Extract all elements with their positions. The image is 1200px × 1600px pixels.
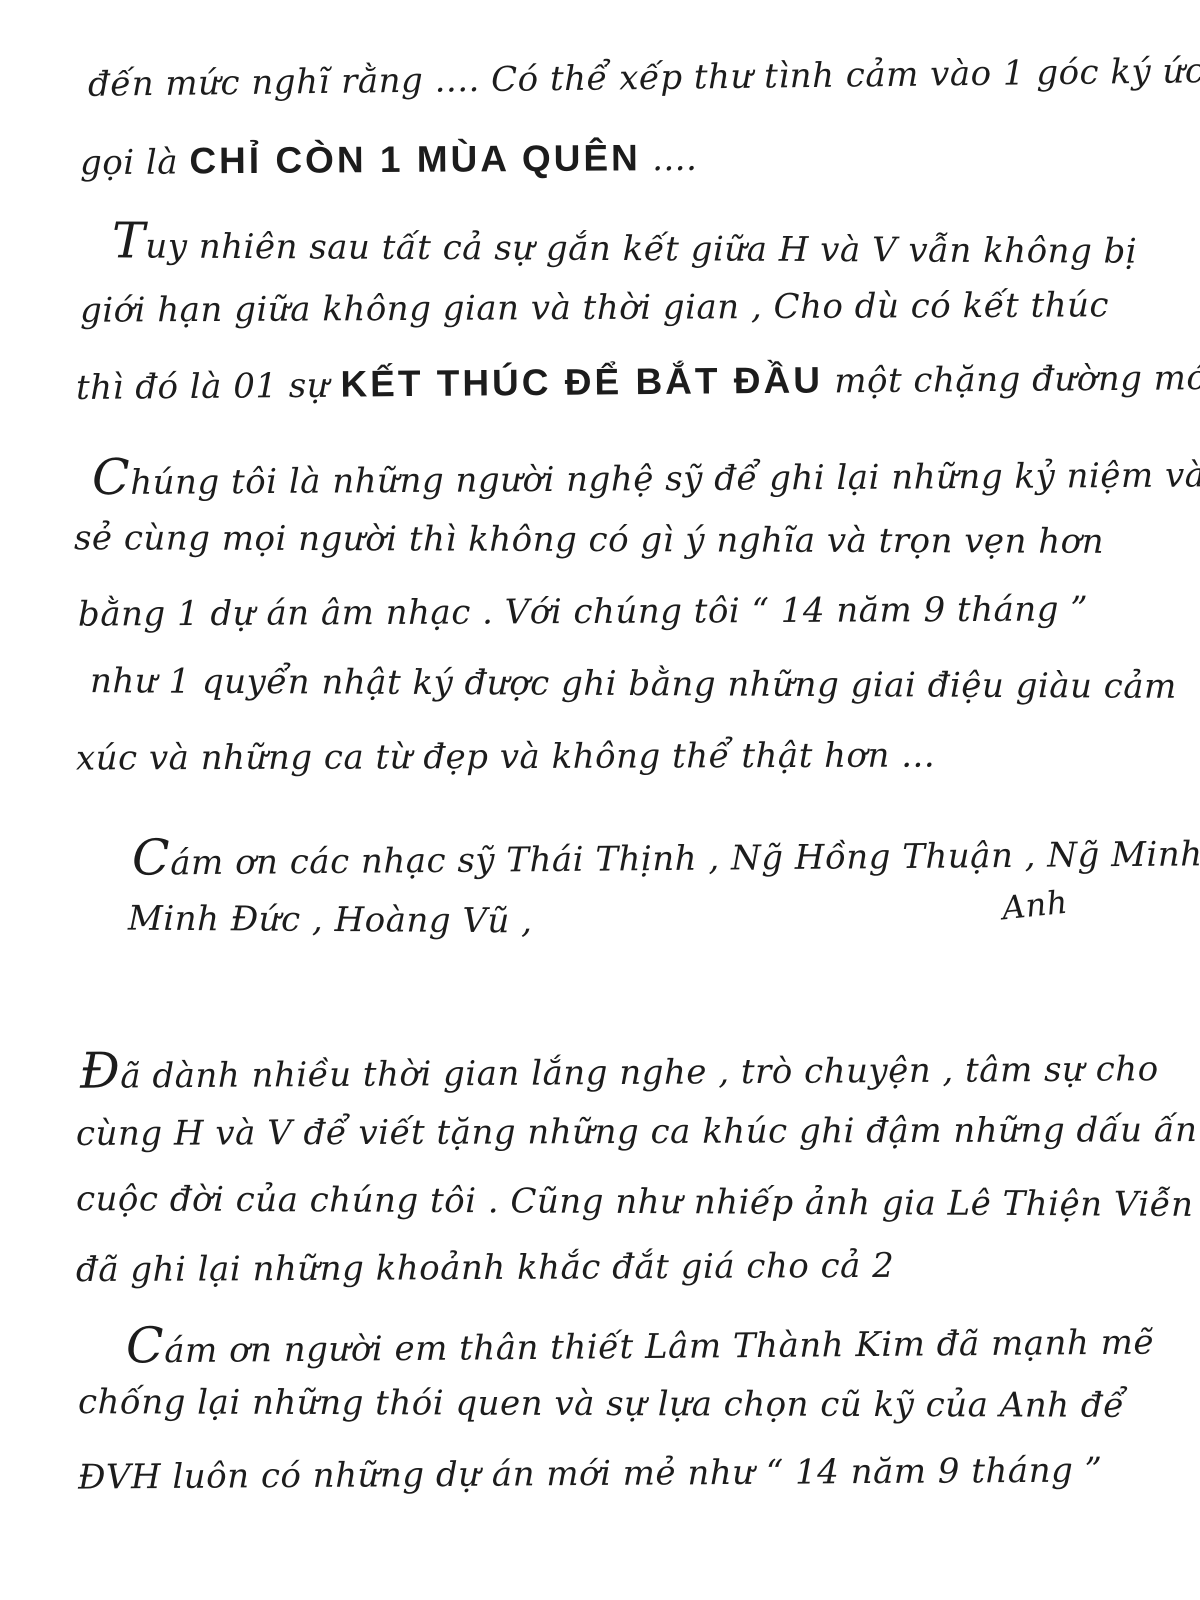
letter-line: Minh Đức , Hoàng Vũ , [128, 899, 533, 943]
letter-text-segment: .... [641, 139, 698, 179]
letter-text-segment: chống lại những thói quen và sự lựa chọn… [78, 1382, 1125, 1426]
letter-text-segment: Cám ơn người em thân thiết Lâm Thành Kim… [126, 1323, 1154, 1372]
letter-line: cùng H và V để viết tặng những ca khúc g… [76, 1110, 1198, 1155]
letter-line: đã ghi lại những khoảnh khắc đắt giá cho… [76, 1246, 895, 1291]
letter-text-segment: cuộc đời của chúng tôi . Cũng như nhiếp … [76, 1179, 1194, 1225]
handwritten-letter-page: đến mức nghĩ rằng .... Có thể xếp thư tì… [0, 0, 1200, 1600]
letter-text-segment: Cám ơn các nhạc sỹ Thái Thịnh , Ng̃ Hồng… [132, 834, 1200, 883]
letter-line: sẻ cùng mọi người thì không có gì ý nghĩ… [74, 518, 1104, 562]
letter-line: chống lại những thói quen và sự lựa chọn… [78, 1382, 1125, 1426]
letter-text-segment: như 1 quyển nhật ký được ghi bằng những … [90, 661, 1177, 707]
letter-text-segment: giới hạn giữa không gian và thời gian , … [80, 285, 1109, 330]
letter-text-segment: xúc và những ca từ đẹp và không thể thật… [76, 736, 935, 779]
letter-text-segment: đã ghi lại những khoảnh khắc đắt giá cho… [76, 1246, 895, 1290]
letter-line: xúc và những ca từ đẹp và không thể thật… [76, 736, 935, 780]
letter-text-segment: sẻ cùng mọi người thì không có gì ý nghĩ… [74, 518, 1104, 562]
letter-line: ĐVH luôn có những dự án mới mẻ như “ 14 … [78, 1450, 1103, 1498]
letter-line: Cám ơn các nhạc sỹ Thái Thịnh , Ng̃ Hồng… [132, 819, 1200, 887]
letter-line: cuộc đời của chúng tôi . Cũng như nhiếp … [76, 1179, 1194, 1226]
letter-text-segment: bằng 1 dự án âm nhạc . Với chúng tôi “ 1… [78, 589, 1088, 634]
emphasis-caps-segment: KẾT THÚC ĐỂ BẮT ĐẦU [340, 359, 823, 404]
letter-line-wrap-word: Anh [1000, 883, 1069, 928]
letter-line: Cám ơn người em thân thiết Lâm Thành Kim… [126, 1308, 1154, 1376]
letter-line: Tuy nhiên sau tất cả sự gắn kết giữa H v… [112, 211, 1138, 276]
emphasis-caps-segment: CHỈ CÒN 1 MÙA QUÊN [189, 137, 641, 181]
letter-text-segment: Đã dành nhiều thời gian lắng nghe , trò … [80, 1049, 1159, 1097]
letter-line: như 1 quyển nhật ký được ghi bằng những … [90, 661, 1177, 707]
letter-text-segment: Minh Đức , Hoàng Vũ , [128, 899, 533, 942]
letter-line: Đã dành nhiều thời gian lắng nghe , trò … [80, 1034, 1159, 1101]
letter-text-segment: cùng H và V để viết tặng những ca khúc g… [76, 1110, 1198, 1154]
letter-text-segment: Tuy nhiên sau tất cả sự gắn kết giữa H v… [112, 226, 1137, 271]
letter-line: bằng 1 dự án âm nhạc . Với chúng tôi “ 1… [78, 589, 1088, 635]
letter-line: thì đó là 01 sự KẾT THÚC ĐỂ BẮT ĐẦU một … [76, 355, 1200, 409]
letter-text-segment: Anh [1000, 883, 1069, 928]
letter-line: đến mức nghĩ rằng .... Có thể xếp thư tì… [88, 51, 1200, 105]
letter-text-segment: đến mức nghĩ rằng .... Có thể xếp thư tì… [88, 51, 1200, 105]
letter-text-segment: ĐVH luôn có những dự án mới mẻ như “ 14 … [78, 1450, 1103, 1497]
letter-line: Chúng tôi là những người nghệ sỹ để ghi … [92, 440, 1200, 508]
letter-text-segment: gọi là [80, 142, 190, 183]
letter-text-segment: Chúng tôi là những người nghệ sỹ để ghi … [92, 455, 1200, 503]
letter-text-segment: một chặng đường mới [823, 358, 1200, 401]
letter-line: gọi là CHỈ CÒN 1 MÙA QUÊN .... [80, 136, 698, 185]
letter-line: giới hạn giữa không gian và thời gian , … [80, 285, 1109, 331]
letter-text-segment: thì đó là 01 sự [76, 366, 341, 408]
